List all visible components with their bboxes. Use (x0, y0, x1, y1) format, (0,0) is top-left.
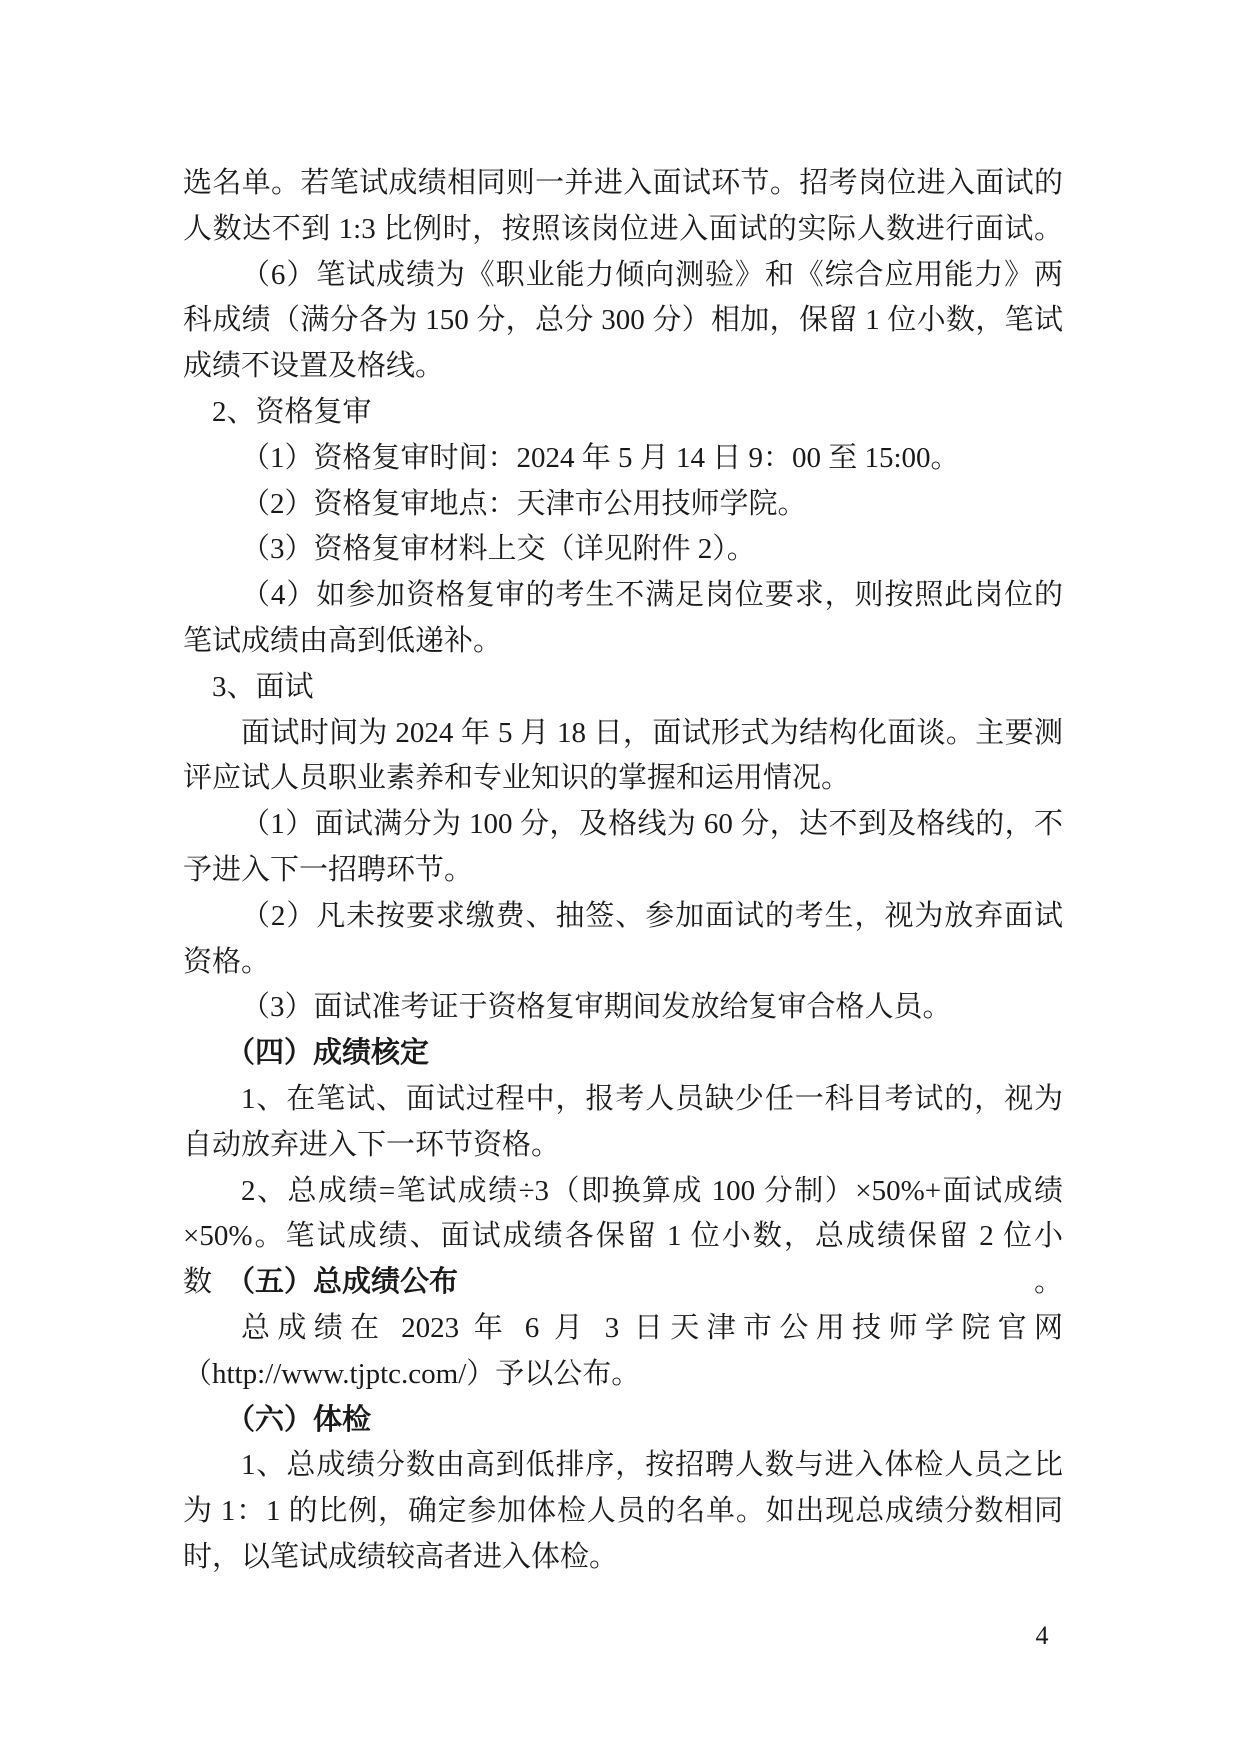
page-content: 选名单。若笔试成绩相同则一并进入面试环节。招考岗位进入面试的 人数达不到 1:3… (183, 161, 1063, 1581)
doc-line: 1、总成绩分数由高到低排序，按招聘人数与进入体检人员之比 (183, 1443, 1063, 1489)
doc-line: 科成绩（满分各为 150 分，总分 300 分）相加，保留 1 位小数，笔试 (183, 298, 1063, 344)
list-item-interview: 3、面试 (183, 665, 1063, 711)
doc-line: 成绩不设置及格线。 (183, 344, 1063, 390)
doc-line: 为 1：1 的比例，确定参加体检人员的名单。如出现总成绩分数相同 (183, 1489, 1063, 1535)
section-heading-score-determination: （四）成绩核定 (183, 1031, 1063, 1077)
page-number: 4 (1018, 1618, 1066, 1654)
doc-line: （4）如参加资格复审的考生不满足岗位要求，则按照此岗位的 (183, 573, 1063, 619)
doc-line: 选名单。若笔试成绩相同则一并进入面试环节。招考岗位进入面试的 (183, 161, 1063, 207)
list-item-qualification-review: 2、资格复审 (183, 390, 1063, 436)
doc-line: 总成绩在 2023 年 6 月 3 日天津市公用技师学院官网 (183, 1306, 1063, 1352)
doc-line: （2）凡未按要求缴费、抽签、参加面试的考生，视为放弃面试 (183, 894, 1063, 940)
document-page: 选名单。若笔试成绩相同则一并进入面试环节。招考岗位进入面试的 人数达不到 1:3… (0, 0, 1240, 1753)
doc-line: 2、总成绩=笔试成绩÷3（即换算成 100 分制）×50%+面试成绩 (183, 1169, 1063, 1215)
doc-line: 时，以笔试成绩较高者进入体检。 (183, 1535, 1063, 1581)
doc-line: （3）资格复审材料上交（详见附件 2）。 (183, 527, 1063, 573)
section-heading-physical-examination: （六）体检 (183, 1398, 1063, 1444)
doc-line: 评应试人员职业素养和专业知识的掌握和运用情况。 (183, 756, 1063, 802)
doc-line: 人数达不到 1:3 比例时，按照该岗位进入面试的实际人数进行面试。 (183, 207, 1063, 253)
doc-line: ×50%。笔试成绩、面试成绩各保留 1 位小数，总成绩保留 2 位小数。 (183, 1214, 1063, 1260)
doc-line: （1）面试满分为 100 分，及格线为 60 分，达不到及格线的，不 (183, 802, 1063, 848)
doc-line: （3）面试准考证于资格复审期间发放给复审合格人员。 (183, 985, 1063, 1031)
doc-line: （2）资格复审地点：天津市公用技师学院。 (183, 482, 1063, 528)
doc-line: 资格。 (183, 940, 1063, 986)
doc-line: （1）资格复审时间：2024 年 5 月 14 日 9：00 至 15:00。 (183, 436, 1063, 482)
doc-line: 自动放弃进入下一环节资格。 (183, 1123, 1063, 1169)
doc-line: 面试时间为 2024 年 5 月 18 日，面试形式为结构化面谈。主要测 (183, 711, 1063, 757)
doc-line: （6）笔试成绩为《职业能力倾向测验》和《综合应用能力》两 (183, 253, 1063, 299)
doc-line: 予进入下一招聘环节。 (183, 848, 1063, 894)
doc-line: 笔试成绩由高到低递补。 (183, 619, 1063, 665)
doc-line: 1、在笔试、面试过程中，报考人员缺少任一科目考试的，视为 (183, 1077, 1063, 1123)
doc-line-website-url: （http://www.tjptc.com/）予以公布。 (183, 1352, 1063, 1398)
